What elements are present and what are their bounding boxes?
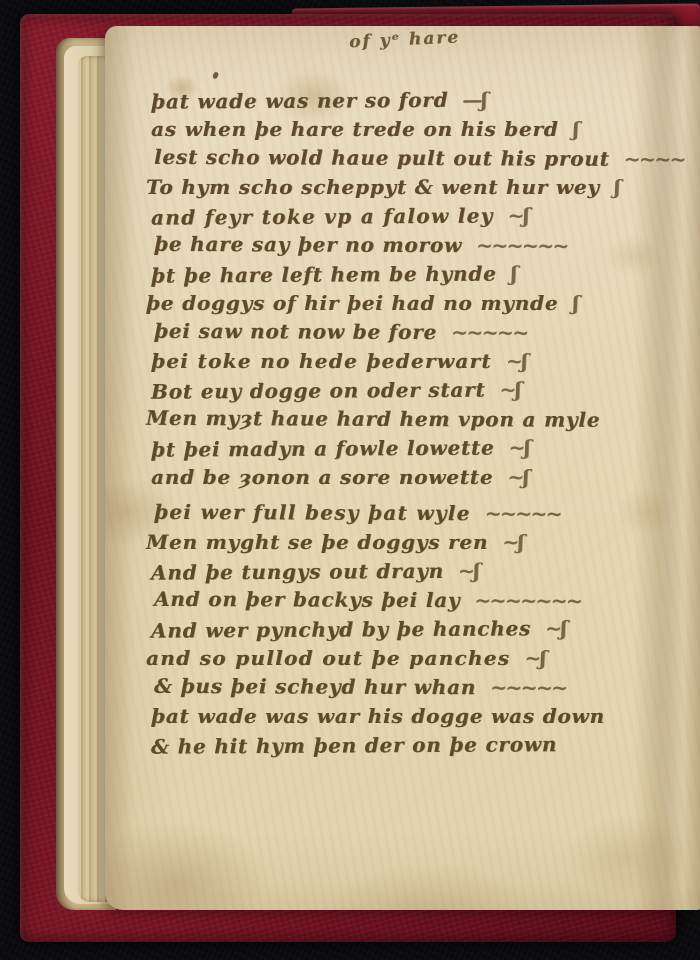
manuscript-line: þei wer full besy þat wyle~~~~~ [154,498,691,529]
manuscript-line-text: þat wade was war his dogge was down [151,704,605,728]
line-filler-flourish: ~~~~~~~ [460,588,581,613]
line-filler-flourish: ~ʃ [488,530,522,554]
manuscript-line: and feyr toke vp a falow ley~ʃ [151,200,691,232]
line-filler-flourish: —ʃ [448,88,486,112]
manuscript-line-text: and so pullod out þe panches [146,646,510,670]
manuscript-page: of yᵉ hare þat wade was ner so ford—ʃas … [105,26,700,910]
ink-blot-mark [212,71,219,79]
manuscript-line: þe hare say þer no morow~~~~~~ [154,230,691,261]
manuscript-line-text: and feyr toke vp a falow ley [151,204,494,230]
line-filler-flourish: ~ʃ [493,465,527,489]
manuscript-line-text: þat wade was ner so ford [151,88,449,114]
manuscript-line-text: as when þe hare trede on his berd [151,117,559,141]
line-filler-flourish: ~ʃ [494,435,529,459]
line-filler-flourish: ~ʃ [492,349,526,373]
manuscript-text-block: þat wade was ner so ford—ʃas when þe har… [151,86,691,760]
manuscript-line: Men myȝt haue hard hem vpon a myle [146,404,691,435]
manuscript-line: And þe tungys out drayn~ʃ [151,555,691,587]
line-filler-flourish: ~ʃ [444,559,479,583]
manuscript-line-text: Bot euy dogge on oder start [151,378,486,404]
line-filler-flourish: ~~~~ [610,147,685,171]
line-filler-flourish: ~~~~~~ [462,233,568,257]
manuscript-line: þei toke no hede þederwart~ʃ [151,347,691,376]
line-filler-flourish: ʃ [558,291,577,315]
manuscript-line-text: and be ȝonon a sore nowette [151,465,493,489]
line-filler-flourish: ~ʃ [493,203,528,227]
manuscript-line-text: & þus þei scheyd hur whan [154,674,476,699]
manuscript-line: and be ȝonon a sore nowette~ʃ [151,463,691,492]
manuscript-line-text: þei wer full besy þat wyle [154,500,471,525]
manuscript-line: And wer pynchyd by þe hanches~ʃ [151,613,691,645]
manuscript-line: & þus þei scheyd hur whan~~~~~ [154,672,691,703]
running-title: of yᵉ hare [349,24,550,53]
line-filler-flourish: ʃ [600,175,619,199]
manuscript-line: þat wade was ner so ford—ʃ [151,84,691,116]
manuscript-line-text: þei toke no hede þederwart [151,349,492,373]
manuscript-line-text: To hym scho scheppyt & went hur wey [146,175,600,199]
manuscript-line: þe doggys of hir þei had no myndeʃ [146,289,691,318]
line-filler-flourish [605,704,619,728]
line-filler-flourish: ~ʃ [531,616,566,640]
manuscript-line: þt þei madyn a fowle lowette~ʃ [151,432,691,464]
manuscript-line-text: þt þe hare left hem be hynde [151,262,497,288]
line-filler-flourish: ~~~~~ [437,320,527,344]
manuscript-line: To hym scho scheppyt & went hur weyʃ [146,173,691,202]
line-filler-flourish: ~~~~~ [471,501,561,525]
manuscript-line: and so pullod out þe panches~ʃ [146,644,691,673]
manuscript-line-text: & he hit hym þen der on þe crown [151,732,557,758]
manuscript-line: þt þe hare left hem be hyndeʃ [151,258,691,290]
manuscript-line-text: þe hare say þer no morow [154,232,462,257]
manuscript-line: Bot euy dogge on oder start~ʃ [151,374,691,406]
line-filler-flourish: ~ʃ [510,646,544,670]
manuscript-line-text: þt þei madyn a fowle lowette [151,436,495,462]
line-filler-flourish: ~ʃ [485,377,520,401]
manuscript-line-text: Men myght se þe doggys ren [146,530,488,554]
manuscript-line: þat wade was war his dogge was down [151,702,691,731]
line-filler-flourish: ʃ [497,261,516,285]
manuscript-line: & he hit hym þen der on þe crown [151,729,691,761]
manuscript-line-text: And þe tungys out drayn [151,559,444,585]
manuscript-line-text: lest scho wold haue pult out his prout [154,145,610,171]
manuscript-line-text: Men myȝt haue hard hem vpon a myle [146,406,600,432]
manuscript-line-text: And on þer backys þei lay [154,587,460,612]
manuscript-line-text: þei saw not now be fore [154,319,437,344]
line-filler-flourish [557,732,571,756]
line-filler-flourish: ʃ [559,117,578,141]
manuscript-line: þei saw not now be fore~~~~~ [154,317,691,348]
manuscript-line: And on þer backys þei lay~~~~~~~ [154,585,691,616]
manuscript-book-photo: of yᵉ hare þat wade was ner so ford—ʃas … [0,0,700,960]
manuscript-line: as when þe hare trede on his berdʃ [151,115,691,144]
manuscript-line: Men myght se þe doggys ren~ʃ [146,528,691,557]
line-filler-flourish: ~~~~~ [476,675,566,699]
line-filler-flourish [600,408,614,432]
manuscript-line: lest scho wold haue pult out his prout~~… [154,143,691,174]
manuscript-line-text: þe doggys of hir þei had no mynde [146,291,558,315]
manuscript-line-text: And wer pynchyd by þe hanches [151,616,531,642]
